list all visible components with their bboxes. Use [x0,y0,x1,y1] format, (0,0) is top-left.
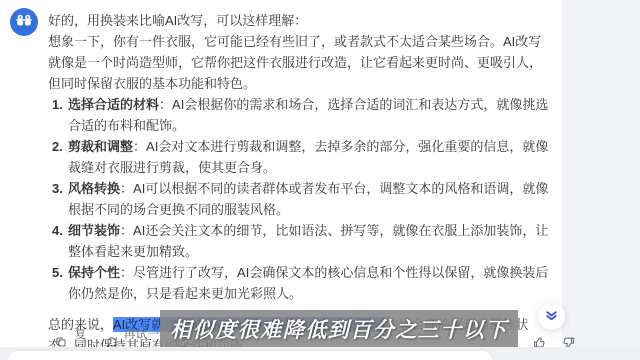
double-chevron-down-icon [544,308,559,326]
list-item: 3.风格转换：AI可以根据不同的读者群体或者发布平台，调整文本的风格和语调，就像… [48,178,550,220]
list-item-colon: ： [120,181,133,196]
assistant-greeting: 好的，用换装来比喻AI改写，可以这样理解： [48,10,550,31]
video-subtitle-overlay: 相似度很难降低到百分之三十以下 [160,310,518,347]
list-item-colon: ： [159,97,172,112]
list-item-term: 剪裁和调整 [68,139,133,154]
list-item-term: 风格转换 [68,181,120,196]
bot-avatar-icon [14,10,34,35]
list-item-colon: ： [120,223,133,238]
list-item: 2.剪裁和调整：AI会对文本进行剪裁和调整，去掉多余的部分，强化重要的信息，就像… [48,136,550,178]
assistant-message: 好的，用换装来比喻AI改写，可以这样理解： 想象一下，你有一件衣服，它可能已经有… [48,10,550,356]
list-item-number: 2. [52,136,63,157]
list-item: 5.保持个性：尽管进行了改写，AI会确保文本的核心信息和个性得以保留，就像换装后… [48,262,550,304]
message-input-box-top[interactable] [8,351,492,360]
list-item-desc: AI还会关注文本的细节，比如语法、拼写等，就像在衣服上添加装饰，让整体看起来更加… [68,223,548,259]
list-item-desc: 尽管进行了改写，AI会确保文本的核心信息和个性得以保留，就像换装后你仍然是你，只… [68,265,548,301]
scroll-to-bottom-button[interactable] [538,303,565,330]
numbered-list: 1.选择合适的材料：AI会根据你的需求和场合，选择合适的词汇和表达方式，就像挑选… [48,94,550,304]
list-item-number: 4. [52,220,63,241]
list-item: 1.选择合适的材料：AI会根据你的需求和场合，选择合适的词汇和表达方式，就像挑选… [48,94,550,136]
chat-screen: 好的，用换装来比喻AI改写，可以这样理解： 想象一下，你有一件衣服，它可能已经有… [0,0,640,360]
list-item-colon: ： [120,265,133,280]
list-item-number: 1. [52,94,63,115]
list-item: 4.细节装饰：AI还会关注文本的细节，比如语法、拼写等，就像在衣服上添加装饰，让… [48,220,550,262]
bottom-background-strip [0,347,640,360]
right-background-rail [562,0,640,360]
list-item-colon: ： [133,139,146,154]
list-item-term: 细节装饰 [68,223,120,238]
list-item-desc: AI可以根据不同的读者群体或者发布平台，调整文本的风格和语调，就像根据不同的场合… [68,181,548,217]
subtitle-text: 相似度很难降低到百分之三十以下 [170,314,508,344]
list-item-number: 5. [52,262,63,283]
assistant-intro: 想象一下，你有一件衣服，它可能已经有些旧了，或者款式不太适合某些场合。AI改写就… [48,31,550,94]
list-item-term: 保持个性 [68,265,120,280]
avatar [10,8,38,36]
list-item-term: 选择合适的材料 [68,97,159,112]
list-item-number: 3. [52,178,63,199]
